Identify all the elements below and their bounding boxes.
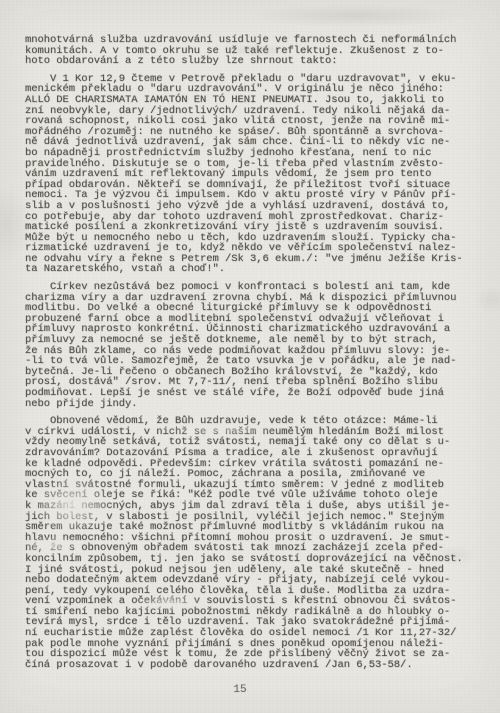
paragraph-sacraments: Obnovené vědomí, že Bůh uzdravuje, vede … <box>25 416 488 670</box>
page-text: mnohotvárná služba uzdravování usídluje … <box>25 35 488 677</box>
paragraph-charisma: V 1 Kor 12,9 čteme v Petrově překladu o … <box>25 74 488 275</box>
paragraph-intro: mnohotvárná služba uzdravování usídluje … <box>25 35 488 67</box>
paragraph-intercession: Církev nezůstává bez pomoci v konfrontac… <box>25 282 488 409</box>
scanned-document-page: mnohotvárná služba uzdravování usídluje … <box>0 0 500 713</box>
page-number: 15 <box>0 684 490 696</box>
